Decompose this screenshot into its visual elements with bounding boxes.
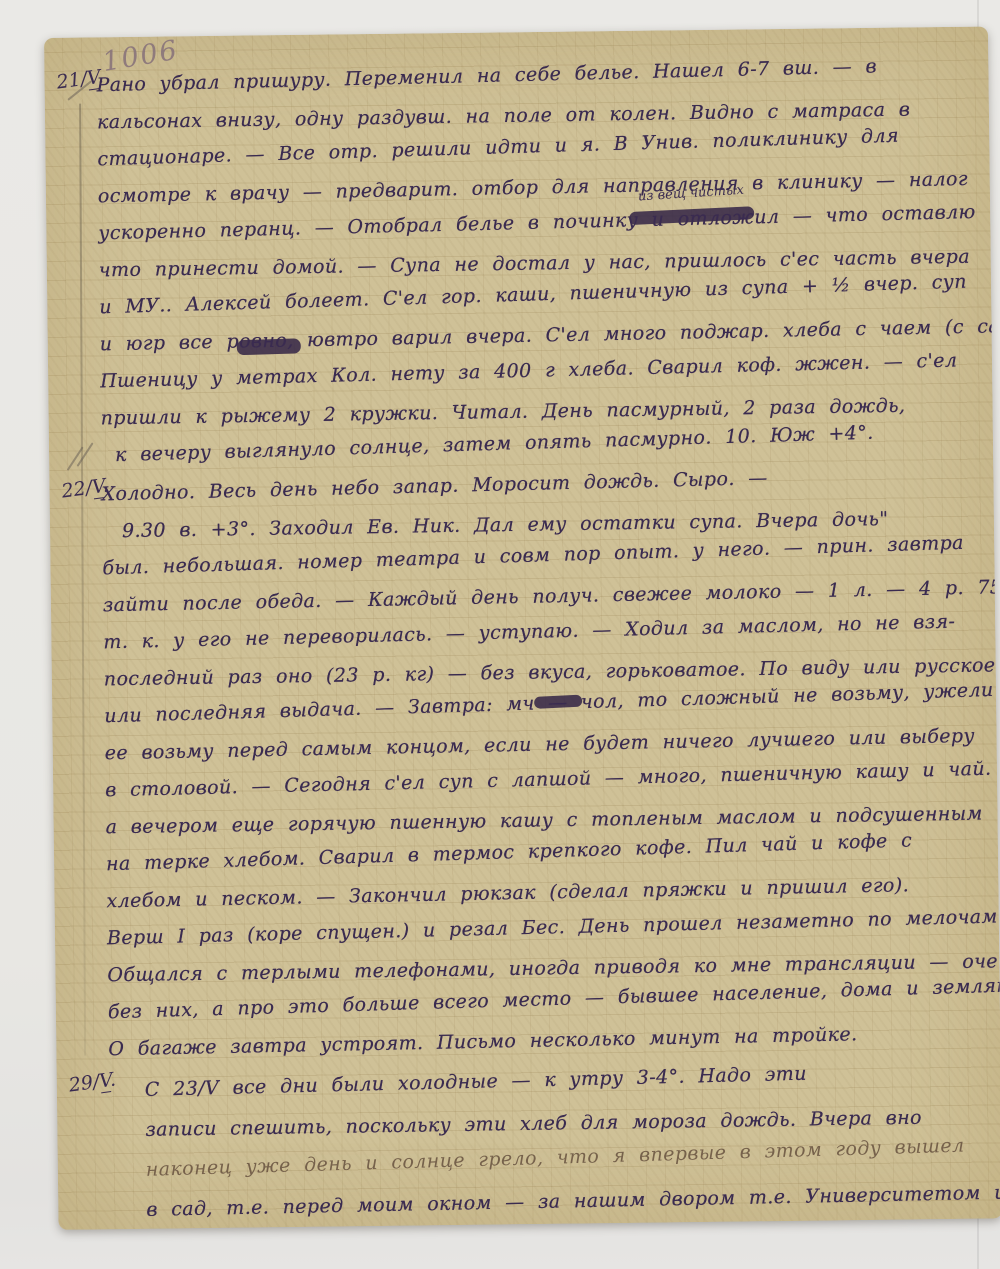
pencil-mark bbox=[77, 442, 94, 467]
diary-entry-21-v: 21/V. Рано убрал пришуру. Переменил на с… bbox=[96, 57, 983, 475]
diary-entry-22-v: 22/V. Холодно. Весь день небо запар. Мор… bbox=[101, 466, 990, 1069]
handwritten-content: 21/V. Рано убрал пришуру. Переменил на с… bbox=[96, 57, 992, 1230]
entry-date: 29/V. bbox=[68, 1068, 118, 1096]
pencil-margin-line bbox=[79, 104, 86, 1056]
diary-entry-29-v: 29/V. С 23/V все дни были холодные — к у… bbox=[145, 1060, 993, 1230]
scanned-diary-screenshot: { "page": { "page_number": "1006", "pape… bbox=[0, 0, 1000, 1269]
manuscript-page: 1006 из вещ чистых 21/V. Рано убрал приш… bbox=[44, 26, 1000, 1229]
